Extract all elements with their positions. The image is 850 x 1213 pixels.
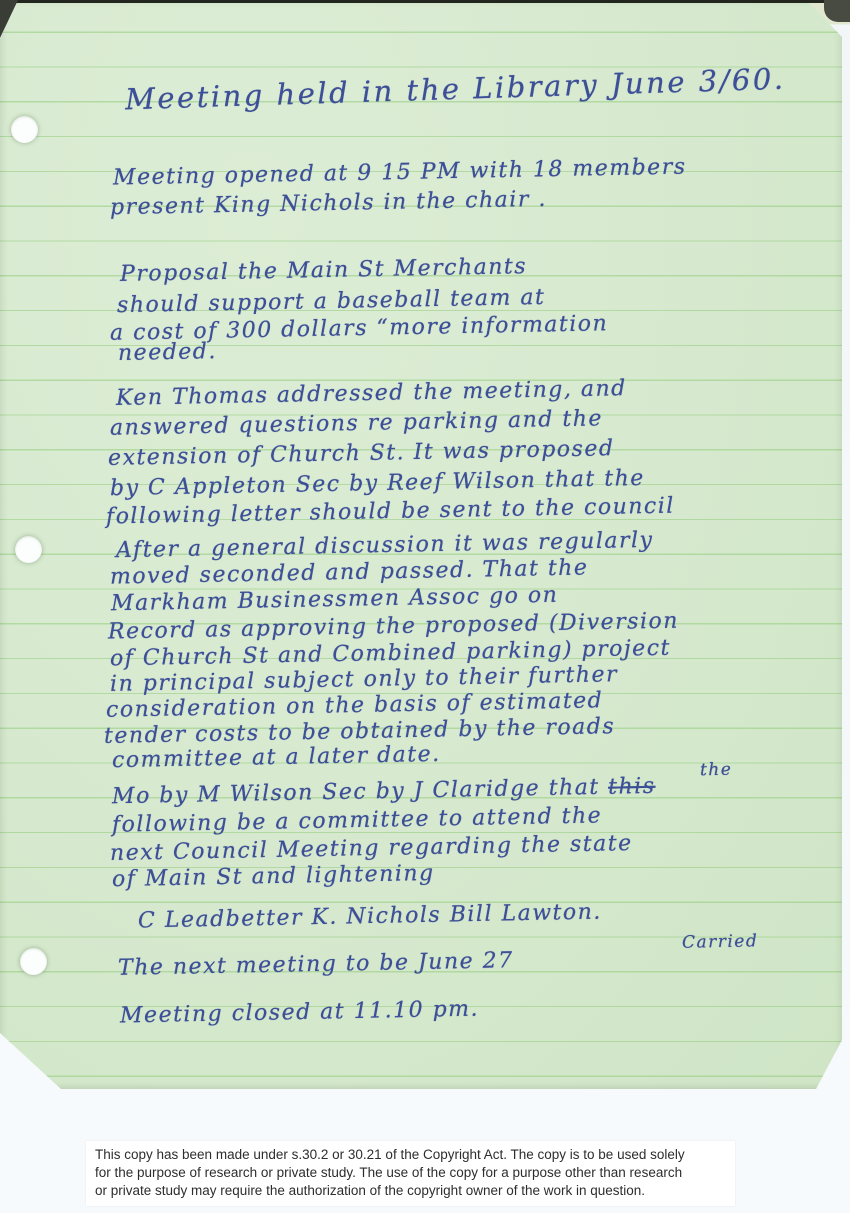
- handwriting-line: needed.: [118, 339, 217, 366]
- carried-annotation: Carried: [682, 931, 759, 952]
- scanned-document-page: Meeting held in the Library June 3/60. M…: [0, 0, 850, 1213]
- inserted-word-above-line: the: [700, 760, 733, 781]
- hole-punch-middle: [15, 536, 42, 563]
- copyright-notice-line: for the purpose of research or private s…: [95, 1164, 727, 1182]
- scan-top-edge: [0, 0, 850, 3]
- scan-corner-artifact-right: [824, 0, 850, 22]
- copyright-notice-line: This copy has been made under s.30.2 or …: [95, 1146, 727, 1164]
- hole-punch-bottom: [20, 948, 47, 975]
- struck-word: this: [608, 774, 656, 800]
- hole-punch-top: [11, 116, 38, 143]
- copyright-notice: This copy has been made under s.30.2 or …: [86, 1141, 735, 1206]
- copyright-notice-line: or private study may require the authori…: [95, 1182, 727, 1200]
